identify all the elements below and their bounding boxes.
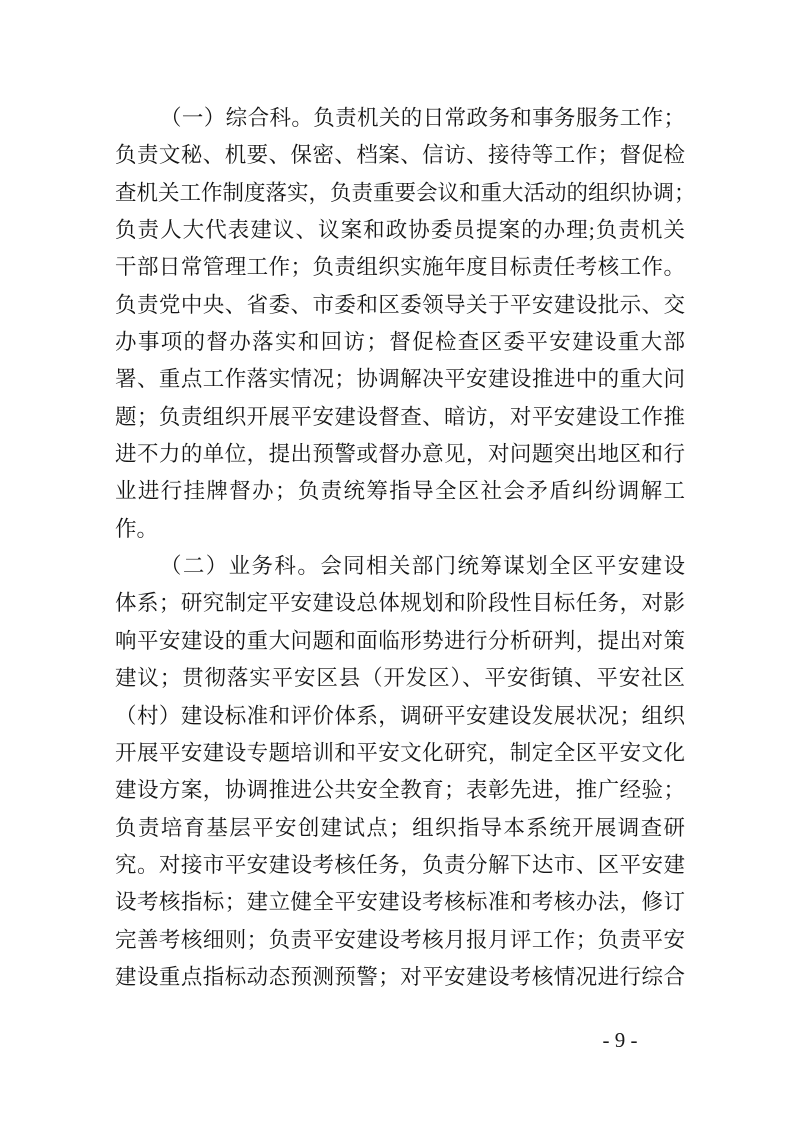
- text-line: 负责文秘、机要、保密、档案、信访、接待等工作；督促检: [115, 137, 685, 174]
- text-line: 干部日常管理工作；负责组织实施年度目标责任考核工作。: [115, 249, 685, 286]
- paragraph-section-1-comprehensive-division: （一）综合科。负责机关的日常政务和事务服务工作；负责文秘、机要、保密、档案、信访…: [115, 100, 685, 548]
- page-number: - 9 -: [585, 1026, 655, 1054]
- text-line: 完善考核细则；负责平安建设考核月报月评工作；负责平安: [115, 922, 685, 959]
- text-line: 办事项的督办落实和回访；督促检查区委平安建设重大部: [115, 324, 685, 361]
- text-line: 究。对接市平安建设考核任务，负责分解下达市、区平安建: [115, 847, 685, 884]
- text-line: （一）综合科。负责机关的日常政务和事务服务工作；: [115, 100, 685, 137]
- text-line: 负责培育基层平安创建试点；组织指导本系统开展调查研: [115, 810, 685, 847]
- text-line: （村）建设标准和评价体系，调研平安建设发展状况；组织: [115, 698, 685, 735]
- text-line: 署、重点工作落实情况；协调解决平安建设推进中的重大问: [115, 361, 685, 398]
- text-line: （二）业务科。会同相关部门统筹谋划全区平安建设: [115, 548, 685, 585]
- text-line: 设考核指标；建立健全平安建设考核标准和考核办法，修订: [115, 884, 685, 921]
- text-line: 建议；贯彻落实平安区县（开发区）、平安街镇、平安社区: [115, 660, 685, 697]
- text-line: 业进行挂牌督办；负责统筹指导全区社会矛盾纠纷调解工: [115, 473, 685, 510]
- text-line: 查机关工作制度落实，负责重要会议和重大活动的组织协调；: [115, 175, 685, 212]
- text-line: 开展平安建设专题培训和平安文化研究，制定全区平安文化: [115, 735, 685, 772]
- text-line: 负责党中央、省委、市委和区委领导关于平安建设批示、交: [115, 287, 685, 324]
- text-line: 作。: [115, 511, 685, 548]
- text-line: 体系；研究制定平安建设总体规划和阶段性目标任务，对影: [115, 585, 685, 622]
- document-page: （一）综合科。负责机关的日常政务和事务服务工作；负责文秘、机要、保密、档案、信访…: [0, 0, 793, 1122]
- text-line: 建设重点指标动态预测预警；对平安建设考核情况进行综合: [115, 959, 685, 996]
- text-line: 响平安建设的重大问题和面临形势进行分析研判，提出对策: [115, 623, 685, 660]
- paragraph-section-2-business-division: （二）业务科。会同相关部门统筹谋划全区平安建设体系；研究制定平安建设总体规划和阶…: [115, 548, 685, 996]
- text-line: 题；负责组织开展平安建设督查、暗访，对平安建设工作推: [115, 399, 685, 436]
- document-body-text: （一）综合科。负责机关的日常政务和事务服务工作；负责文秘、机要、保密、档案、信访…: [115, 100, 685, 996]
- text-line: 建设方案，协调推进公共安全教育；表彰先进，推广经验；: [115, 772, 685, 809]
- text-line: 进不力的单位，提出预警或督办意见，对问题突出地区和行: [115, 436, 685, 473]
- text-line: 负责人大代表建议、议案和政协委员提案的办理;负责机关: [115, 212, 685, 249]
